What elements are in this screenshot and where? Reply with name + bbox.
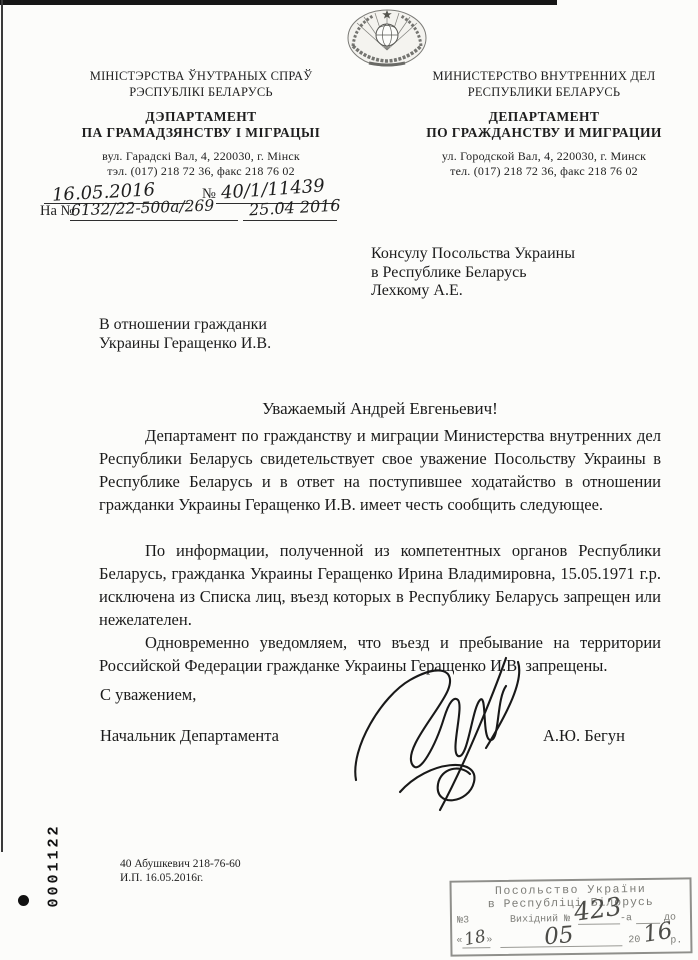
scanned-letter-page: МІНІСТЭРСТВА ЎНУТРАНЫХ СПРАЎ РЭСПУБЛІКІ … <box>0 0 698 960</box>
subject-block: В отношении гражданки Украины Геращенко … <box>99 316 271 353</box>
recipient-line: в Республике Беларусь <box>371 264 575 283</box>
stamp-number-handwritten: 423 <box>572 892 623 927</box>
phone-ru: тел. (017) 218 72 36, факс 218 76 02 <box>398 164 690 179</box>
stamp-year-printed: 20 <box>628 935 640 946</box>
stamp-year-handwritten: 16 <box>641 918 674 948</box>
scan-edge-artifact-top <box>0 0 557 5</box>
department-name-be-line2: ПА ГРАМАДЗЯНСТВУ І МІГРАЦЫІ <box>36 125 366 141</box>
body-paragraph: По информации, полученной из компетентны… <box>99 539 661 631</box>
letterhead-russian: МИНИСТЕРСТВО ВНУТРЕННИХ ДЕЛ РЕСПУБЛИКИ Б… <box>398 68 690 179</box>
reply-number-underline <box>70 220 238 221</box>
reply-number-handwritten: 6132/22-500а/269 <box>71 197 215 220</box>
address-be: вул. Гарадскі Вал, 4, 220030, г. Мінск <box>36 149 366 164</box>
execution-date-line: И.П. 16.05.2016г. <box>120 871 241 885</box>
recipient-line: Консулу Посольства Украины <box>371 245 575 264</box>
scan-edge-artifact-left <box>1 0 3 852</box>
subject-line: В отношении гражданки <box>99 316 271 335</box>
stamp-day-line <box>462 947 490 948</box>
belarus-coat-of-arms-icon <box>345 8 429 73</box>
signer-name: А.Ю. Бегун <box>543 726 625 746</box>
stamp-day-close-quote: » <box>486 935 492 946</box>
stamp-year-suffix: р. <box>670 935 682 946</box>
stamp-number-suffix: -а <box>620 913 632 924</box>
address-ru: ул. Городской Вал, 4, 220030, г. Минск <box>398 149 690 164</box>
salutation: Уважаемый Андрей Евгеньевич! <box>99 399 661 419</box>
stamp-month-handwritten: 05 <box>543 922 574 950</box>
stamp-left-mark: №3 <box>457 915 469 926</box>
executor-note: 40 Абушкевич 218-76-60 И.П. 16.05.2016г. <box>120 857 241 885</box>
department-name-be-line1: ДЭПАРТАМЕНТ <box>36 109 366 125</box>
closing-phrase: С уважением, <box>100 685 196 705</box>
recipient-block: Консулу Посольства Украины в Республике … <box>371 245 575 301</box>
executor-line: 40 Абушкевич 218-76-60 <box>120 857 241 871</box>
vertical-document-number: 0001122 <box>46 816 65 916</box>
signer-title: Начальник Департамента <box>100 726 279 746</box>
department-name-ru-line2: ПО ГРАЖДАНСТВУ И МИГРАЦИИ <box>398 125 690 141</box>
body-paragraph: Департамент по гражданству и миграции Ми… <box>99 424 661 516</box>
letterhead-belarusian: МІНІСТЭРСТВА ЎНУТРАНЫХ СПРАЎ РЭСПУБЛІКІ … <box>36 68 366 179</box>
embassy-stamp: Посольство України в Республіці Білорусь… <box>449 877 692 956</box>
ministry-name-be-line2: РЭСПУБЛІКІ БЕЛАРУСЬ <box>36 84 366 100</box>
reply-to-label: На № <box>40 203 74 220</box>
stamp-org-line2: в Республіці Білорусь <box>452 895 690 911</box>
department-name-ru-line1: ДЕПАРТАМЕНТ <box>398 109 690 125</box>
stamp-day-open-quote: « <box>456 936 462 947</box>
ministry-name-ru-line2: РЕСПУБЛИКИ БЕЛАРУСЬ <box>398 84 690 100</box>
reply-date-underline <box>243 220 337 221</box>
subject-line: Украины Геращенко И.В. <box>99 335 271 354</box>
reply-date-handwritten: 25.04 2016 <box>249 196 341 220</box>
ministry-name-ru-line1: МИНИСТЕРСТВО ВНУТРЕННИХ ДЕЛ <box>398 68 690 84</box>
recipient-line: Лехкому А.Е. <box>371 282 575 301</box>
ministry-name-be-line1: МІНІСТЭРСТВА ЎНУТРАНЫХ СПРАЎ <box>36 68 366 84</box>
scan-punch-mark <box>18 895 29 906</box>
signature-handwriting <box>348 652 533 819</box>
